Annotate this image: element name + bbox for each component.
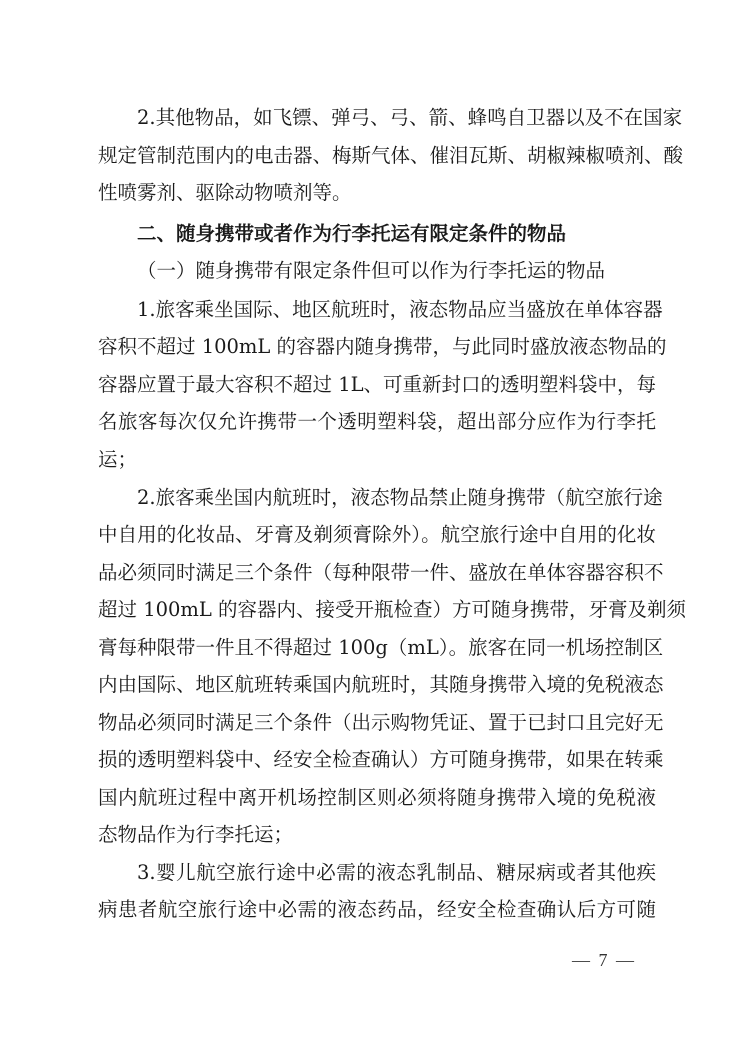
text-line: 运； (98, 448, 656, 472)
text-line: （一）随身携带有限定条件但可以作为行李托运的物品 (137, 259, 656, 283)
text-line: 病患者航空旅行途中必需的液态药品，经安全检查确认后方可随 (98, 898, 656, 922)
text-line: 容器应置于最大容积不超过 1L、可重新封口的透明塑料袋中，每 (98, 373, 656, 397)
text-line: 膏每种限带一件且不得超过 100g（mL）。旅客在同一机场控制区 (98, 636, 656, 660)
text-line: 态物品作为行李托运； (98, 823, 656, 847)
text-line: 国内航班过程中离开机场控制区则必须将随身携带入境的免税液 (98, 786, 656, 810)
text-line: 品必须同时满足三个条件（每种限带一件、盛放在单体容器容积不 (98, 561, 656, 585)
text-line: 容积不超过 100mL 的容器内随身携带，与此同时盛放液态物品的 (98, 335, 656, 359)
text-line: 2.其他物品，如飞镖、弹弓、弓、箭、蜂鸣自卫器以及不在国家 (137, 106, 656, 130)
text-line: 2.旅客乘坐国内航班时，液态物品禁止随身携带（航空旅行途 (137, 486, 656, 510)
text-line: 名旅客每次仅允许携带一个透明塑料袋，超出部分应作为行李托 (98, 410, 656, 434)
text-line: 内由国际、地区航班转乘国内航班时，其随身携带入境的免税液态 (98, 673, 656, 697)
text-line: 规定管制范围内的电击器、梅斯气体、催泪瓦斯、胡椒辣椒喷剂、酸 (98, 144, 656, 168)
text-line: 3.婴儿航空旅行途中必需的液态乳制品、糖尿病或者其他疾 (137, 861, 656, 885)
text-line: 性喷雾剂、驱除动物喷剂等。 (98, 181, 656, 205)
text-line: 损的透明塑料袋中、经安全检查确认）方可随身携带，如果在转乘 (98, 748, 656, 772)
text-line: 中自用的化妆品、牙膏及剃须膏除外）。航空旅行途中自用的化妆 (98, 523, 656, 547)
text-line: 超过 100mL 的容器内、接受开瓶检查）方可随身携带，牙膏及剃须 (98, 598, 656, 622)
text-line: 1.旅客乘坐国际、地区航班时，液态物品应当盛放在单体容器 (137, 298, 656, 322)
section-heading: 二、随身携带或者作为行李托运有限定条件的物品 (137, 222, 656, 246)
page-number: — 7 — (572, 950, 636, 971)
text-line: 物品必须同时满足三个条件（出示购物凭证、置于已封口且完好无 (98, 711, 656, 735)
document-page: 2.其他物品，如飞镖、弹弓、弓、箭、蜂鸣自卫器以及不在国家规定管制范围内的电击器… (0, 0, 750, 1061)
